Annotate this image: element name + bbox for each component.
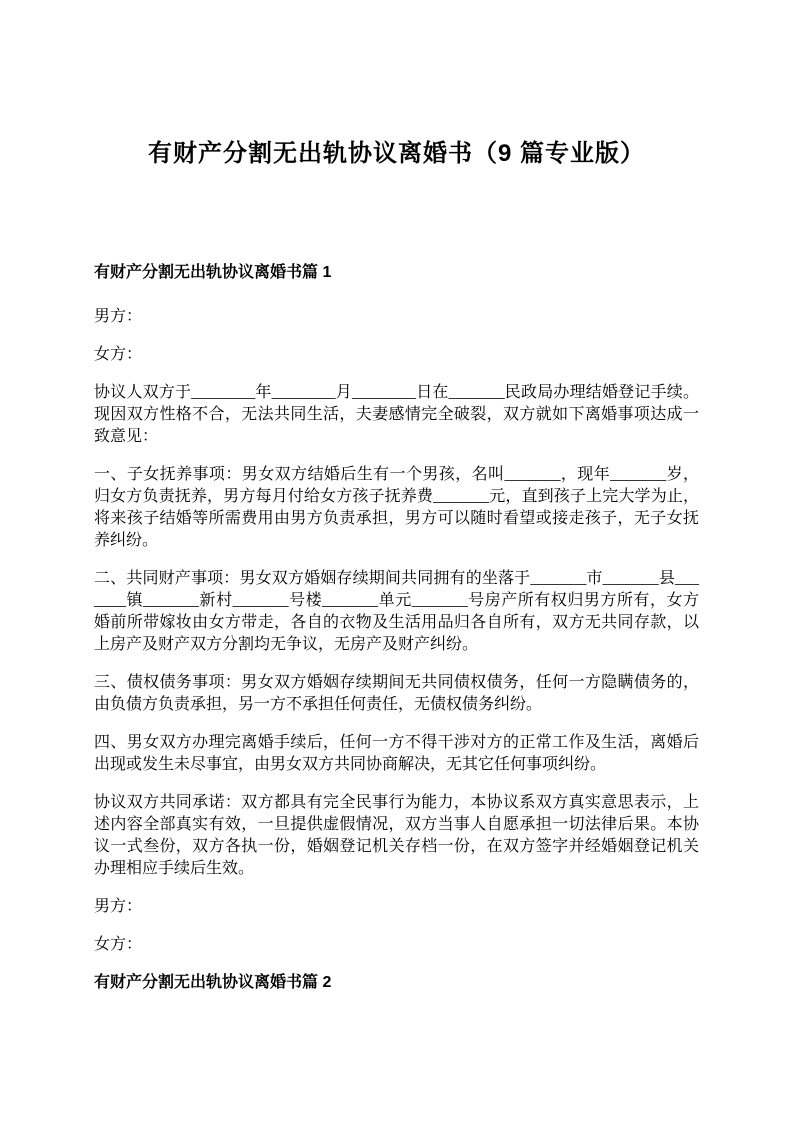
party-female-label: 女方：: [94, 344, 699, 366]
party-male-label: 男方：: [94, 306, 699, 328]
paragraph-item-4-non-interference: 四、男女双方办理完离婚手续后，任何一方不得干涉对方的正常工作及生活，离婚后出现或…: [94, 732, 699, 776]
paragraph-intro-marriage-registration: 协议人双方于________年________月________日在______…: [94, 382, 699, 448]
paragraph-item-2-joint-property: 二、共同财产事项：男女双方婚姻存续期间共同拥有的坐落于_______市_____…: [94, 568, 699, 656]
section-2-heading: 有财产分割无出轨协议离婚书篇 2: [94, 972, 699, 994]
signature-female-label: 女方：: [94, 934, 699, 956]
document-title: 有财产分割无出轨协议离婚书（9 篇专业版）: [94, 140, 699, 168]
document-page: 有财产分割无出轨协议离婚书（9 篇专业版） 有财产分割无出轨协议离婚书篇 1 男…: [0, 0, 793, 1122]
paragraph-item-1-child-custody: 一、子女抚养事项：男女双方结婚后生有一个男孩，名叫_______，现年_____…: [94, 464, 699, 552]
paragraph-item-3-debts: 三、债权债务事项：男女双方婚姻存续期间无共同债权债务，任何一方隐瞒债务的，由负债…: [94, 672, 699, 716]
signature-male-label: 男方：: [94, 896, 699, 918]
paragraph-joint-promise: 协议双方共同承诺：双方都具有完全民事行为能力，本协议系双方真实意思表示，上述内容…: [94, 792, 699, 880]
section-1-heading: 有财产分割无出轨协议离婚书篇 1: [94, 262, 699, 284]
